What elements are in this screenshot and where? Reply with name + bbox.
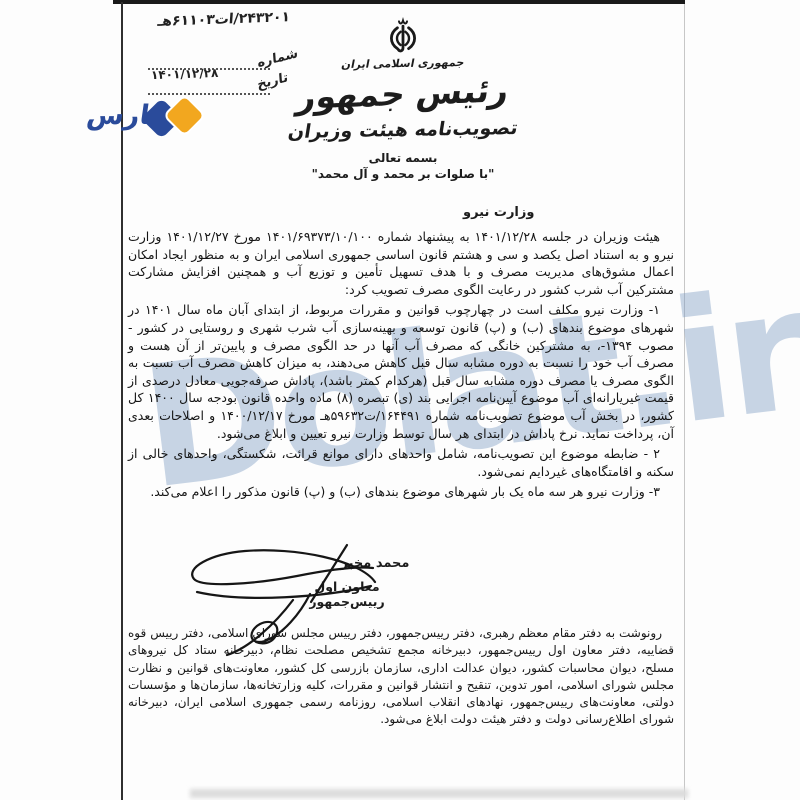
document-scan: ۲۴۳۲۰۱/ات۶۱۱۰۳هـ شماره ۱۴۰۱/۱۲/۲۸ تاریخ …: [0, 0, 800, 800]
decree-intro: هیئت وزیران در جلسه ۱۴۰۱/۱۲/۲۸ به پیشنها…: [128, 228, 674, 298]
page-top-border: [113, 0, 685, 4]
signature-scribble-icon: [175, 542, 405, 657]
page-right-border: [684, 4, 685, 800]
letterhead-title: رئیس جمهور: [249, 69, 556, 118]
fars-news-logo: فارس: [85, 96, 215, 142]
iran-national-emblem-icon: [383, 12, 423, 58]
letterhead-subtitle: تصویب‌نامه هیئت وزیران: [251, 116, 555, 143]
bottom-scan-smudge: [190, 789, 688, 798]
date-value: ۱۴۰۱/۱۲/۲۸: [151, 66, 219, 82]
decree-body: هیئت وزیران در جلسه ۱۴۰۱/۱۲/۲۸ به پیشنها…: [128, 228, 674, 504]
decree-item-2: ۲ - ضابطه موضوع این تصویب‌نامه، شامل واح…: [128, 445, 674, 480]
salutation-line: "با صلوات بر محمد و آل محمد": [253, 167, 553, 181]
decree-item-1: ۱- وزارت نیرو مکلف است در چهارچوب قوانین…: [128, 301, 674, 442]
bismillah-line: بسمه تعالی: [253, 151, 553, 165]
decree-item-3: ۳- وزارت نیرو هر سه ماه یک بار شهرهای مو…: [128, 483, 674, 501]
addressee-ministry: وزارت نیرو: [463, 205, 613, 220]
handwritten-ref-number: ۲۴۳۲۰۱/ات۶۱۱۰۳هـ: [129, 9, 290, 31]
